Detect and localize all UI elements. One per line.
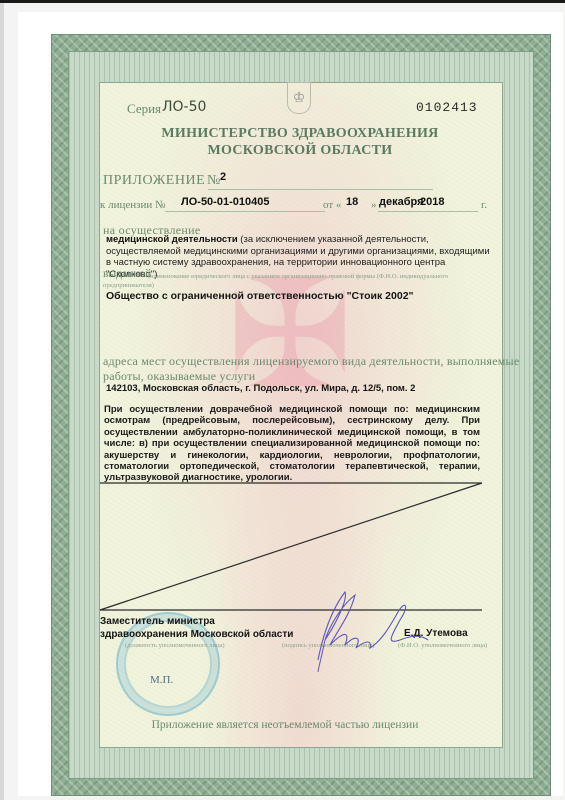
ministry-line-2: МОСКОВСКОЙ ОБЛАСТИ [100, 142, 500, 159]
ministry-line-1: МИНИСТЕРСТВО ЗДРАВООХРАНЕНИЯ [100, 125, 500, 142]
fio-hint: (Ф.И.О. уполномоченного лица) [398, 642, 487, 649]
license-year: 2018 [420, 196, 444, 208]
serial-number: 0102413 [416, 100, 478, 115]
license-month: декабря [379, 196, 424, 208]
signer-position-line-1: Заместитель министра [100, 615, 293, 628]
license-number: ЛО-50-01-010405 [181, 196, 269, 208]
signer-name: Е.Д. Утемова [404, 628, 468, 639]
scan-left-edge [0, 3, 4, 800]
series-value: ЛО-50 [162, 99, 206, 115]
issued-label: выданной [103, 268, 151, 280]
footer-note: Приложение является неотъемлемой частью … [100, 719, 470, 731]
activity-type: медицинской деятельности [106, 234, 238, 245]
series-label: Серия [127, 101, 161, 117]
position-hint: (должность уполномоченного лица) [125, 642, 225, 649]
license-day: 18 [346, 196, 358, 208]
issued-hint-continuation: предпринимателя) [103, 282, 154, 289]
date-quote: » [371, 199, 377, 211]
appendix-number-sign: № [207, 173, 220, 189]
appendix-label: ПРИЛОЖЕНИЕ [103, 173, 205, 189]
address-label: адреса мест осуществления лицензируемого… [103, 354, 523, 384]
services-list: При осуществлении доврачебной медицинско… [104, 404, 480, 484]
date-underline [378, 211, 478, 212]
stamp-label: М.П. [150, 674, 173, 686]
scan-top-edge [0, 0, 565, 3]
appendix-number-underline [208, 189, 433, 190]
signer-position-line-2: здравоохранения Московской области [100, 628, 293, 641]
license-number-underline [165, 211, 325, 212]
license-label: к лицензии № [100, 199, 166, 211]
signature-hint: (подпись уполномоченного лица) [282, 642, 374, 649]
issuing-authority: МИНИСТЕРСТВО ЗДРАВООХРАНЕНИЯ МОСКОВСКОЙ … [100, 125, 500, 159]
activity-address: 142103, Московская область, г. Подольск,… [106, 383, 415, 394]
coat-of-arms-icon: ♔ [287, 82, 311, 114]
appendix-number: 2 [220, 171, 226, 183]
year-suffix: г. [481, 199, 487, 211]
licensee-company: Общество с ограниченной ответственностью… [106, 290, 414, 302]
issued-hint: (наименование юридического лица с указан… [148, 270, 508, 284]
date-prefix: от « [323, 199, 341, 211]
signer-position: Заместитель министра здравоохранения Мос… [100, 615, 293, 641]
